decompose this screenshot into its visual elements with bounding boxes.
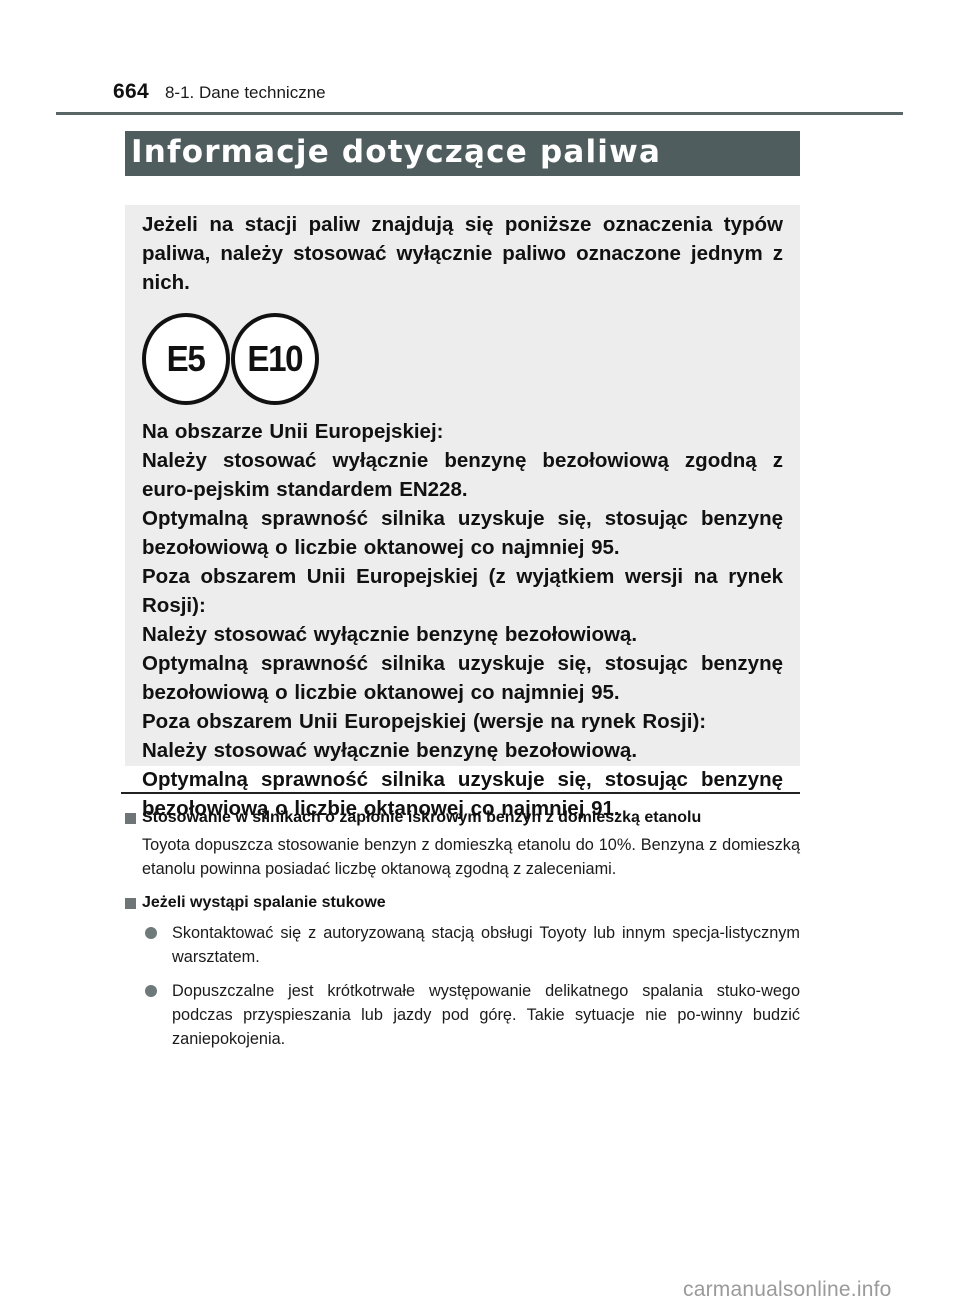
watermark: carmanualsonline.info	[683, 1278, 892, 1302]
russia-heading: Poza obszarem Unii Europejskiej (wersje …	[142, 707, 783, 736]
list-item-text: Dopuszczalne jest krótkotrwałe występowa…	[172, 979, 800, 1051]
square-bullet-icon	[125, 813, 136, 824]
eu-octane: Optymalną sprawność silnika uzyskuje się…	[142, 504, 783, 562]
fuel-label-e5-icon: E5	[142, 313, 230, 405]
non-eu-requirement: Należy stosować wyłącznie benzynę bezoło…	[142, 620, 783, 649]
note-heading-text: Jeżeli wystąpi spalanie stukowe	[142, 891, 386, 915]
fuel-label-e10-text: E10	[248, 338, 303, 380]
header-rule	[56, 112, 903, 115]
note-heading-text: Stosowanie w silnikach o zapłonie iskrow…	[142, 806, 701, 830]
list-item: Dopuszczalne jest krótkotrwałe występowa…	[145, 979, 800, 1051]
title-bar: Informacje dotyczące paliwa	[125, 131, 800, 176]
note-knocking: Jeżeli wystąpi spalanie stukowe Skontakt…	[125, 891, 800, 1051]
non-eu-octane: Optymalną sprawność silnika uzyskuje się…	[142, 649, 783, 707]
fuel-label-e5-text: E5	[167, 338, 205, 380]
square-bullet-icon	[125, 898, 136, 909]
fuel-labels: E5 E10	[142, 313, 783, 401]
fuel-label-e10-icon: E10	[231, 313, 319, 405]
eu-heading: Na obszarze Unii Europejskiej:	[142, 417, 783, 446]
fuel-info-box: Jeżeli na stacji paliw znajdują się poni…	[125, 205, 800, 766]
page-title: Informacje dotyczące paliwa	[131, 137, 661, 168]
section-title: 8-1. Dane techniczne	[165, 83, 326, 103]
intro-text: Jeżeli na stacji paliw znajdują się poni…	[142, 210, 783, 297]
non-eu-heading: Poza obszarem Unii Europejskiej (z wyjąt…	[142, 562, 783, 620]
note-ethanol: Stosowanie w silnikach o zapłonie iskrow…	[125, 806, 800, 881]
list-item-text: Skontaktować się z autoryzowaną stacją o…	[172, 921, 800, 969]
russia-requirement: Należy stosować wyłącznie benzynę bezoło…	[142, 736, 783, 765]
page-header: 664 8-1. Dane techniczne	[113, 80, 326, 106]
page-number: 664	[113, 80, 149, 104]
section-divider	[121, 792, 800, 794]
note-heading: Stosowanie w silnikach o zapłonie iskrow…	[125, 806, 800, 830]
note-heading: Jeżeli wystąpi spalanie stukowe	[125, 891, 800, 915]
note-body: Toyota dopuszcza stosowanie benzyn z dom…	[142, 833, 800, 881]
eu-requirement: Należy stosować wyłącznie benzynę bezoło…	[142, 446, 783, 504]
circle-bullet-icon	[145, 927, 157, 939]
list-item: Skontaktować się z autoryzowaną stacją o…	[145, 921, 800, 969]
circle-bullet-icon	[145, 985, 157, 997]
knocking-list: Skontaktować się z autoryzowaną stacją o…	[145, 921, 800, 1051]
notes-section: Stosowanie w silnikach o zapłonie iskrow…	[125, 806, 800, 1061]
